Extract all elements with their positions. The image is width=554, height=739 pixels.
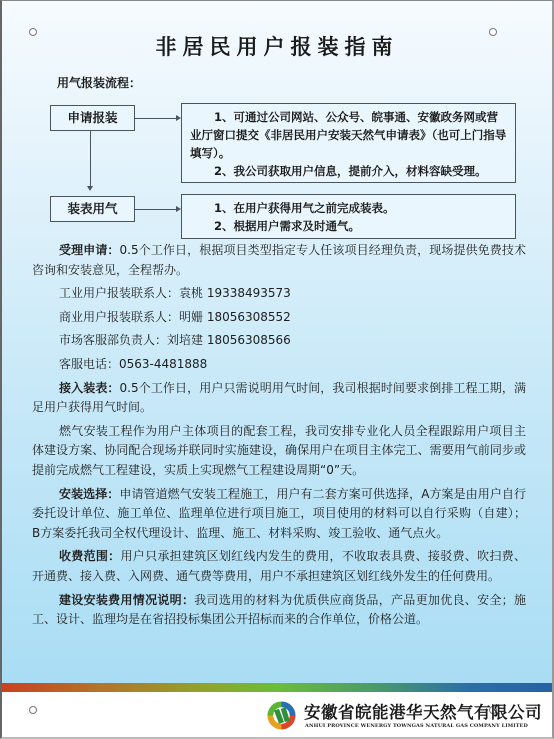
section-cost-note: 建设安装费用情况说明：我司选用的材料为优质供应商货品，产品更加优良、安全；施工、… — [32, 591, 526, 630]
guide-body: 受理申请：0.5个工作日，根据项目类型指定专人任该项目经理负责，现场提供免费技术… — [32, 241, 526, 634]
section-label: 建设安装费用情况说明： — [59, 593, 194, 607]
section-engineering: 燃气安装工程作为用户主体项目的配套工程，我司安排专业化人员全程跟踪用户项目主体建… — [32, 422, 526, 481]
flow-heading: 用气报装流程： — [57, 74, 141, 91]
detail-line: 1、在用户获得用气之前完成装表。 — [190, 199, 507, 217]
detail-line: 2、根据用户需求及时通气。 — [190, 217, 507, 235]
page-title: 非居民用户报装指南 — [2, 31, 552, 61]
arrow-down-icon — [87, 186, 93, 191]
contact-commercial: 商业用户报装联系人：明姗 18056308552 — [32, 308, 526, 328]
contact-market-service: 市场客服部负责人：刘培建 18056308566 — [32, 331, 526, 351]
section-label: 受理申请： — [59, 243, 120, 257]
flow-step-apply: 申请报装 — [50, 105, 135, 131]
section-label: 接入装表： — [59, 381, 120, 395]
mounting-hole-icon — [29, 706, 37, 714]
company-logo-icon — [265, 699, 298, 732]
color-stripe — [2, 683, 552, 692]
section-acceptance: 受理申请：0.5个工作日，根据项目类型指定专人任该项目经理负责，现场提供免费技术… — [32, 241, 526, 280]
section-connection: 接入装表：0.5个工作日，用户只需说明用气时间，我司根据时间要求倒排工程工期，满… — [32, 379, 526, 418]
connector-line — [90, 131, 91, 186]
contact-hotline: 客服电话：0563-4481888 — [32, 355, 526, 375]
section-label: 安装选择： — [59, 487, 119, 501]
flow-step-install-meter: 装表用气 — [50, 196, 135, 222]
contact-industrial: 工业用户报装联系人：袁桃 19338493573 — [32, 284, 526, 304]
connector-line — [135, 209, 176, 210]
flow-step-apply-details: 1、可通过公司网站、公众号、皖事通、安徽政务网或营业厅窗口提交《非居民用户安装天… — [181, 103, 516, 183]
connector-line — [135, 118, 176, 119]
detail-line: 1、可通过公司网站、公众号、皖事通、安徽政务网或营业厅窗口提交《非居民用户安装天… — [190, 108, 507, 162]
company-name-cn: 安徽省皖能港华天然气有限公司 — [304, 699, 542, 723]
flow-step-install-meter-details: 1、在用户获得用气之前完成装表。 2、根据用户需求及时通气。 — [181, 194, 516, 239]
section-fees: 收费范围：用户只承担建筑区划红线内发生的费用，不收取表具费、接驳费、吹扫费、开通… — [32, 547, 526, 586]
detail-line: 2、我公司获取用户信息，提前介入，材料容缺受理。 — [190, 162, 507, 180]
poster-frame: 非居民用户报装指南 用气报装流程： 申请报装 装表用气 1、可通过公司网站、公众… — [0, 0, 554, 739]
company-name-en: ANHUI PROVINCE WENERGY TOWNGAS NATURAL G… — [305, 723, 528, 729]
section-installation: 安装选择：申请管道燃气安装工程施工，用户有二套方案可供选择，A方案是由用户自行委… — [32, 485, 526, 544]
section-label: 收费范围： — [59, 549, 120, 563]
